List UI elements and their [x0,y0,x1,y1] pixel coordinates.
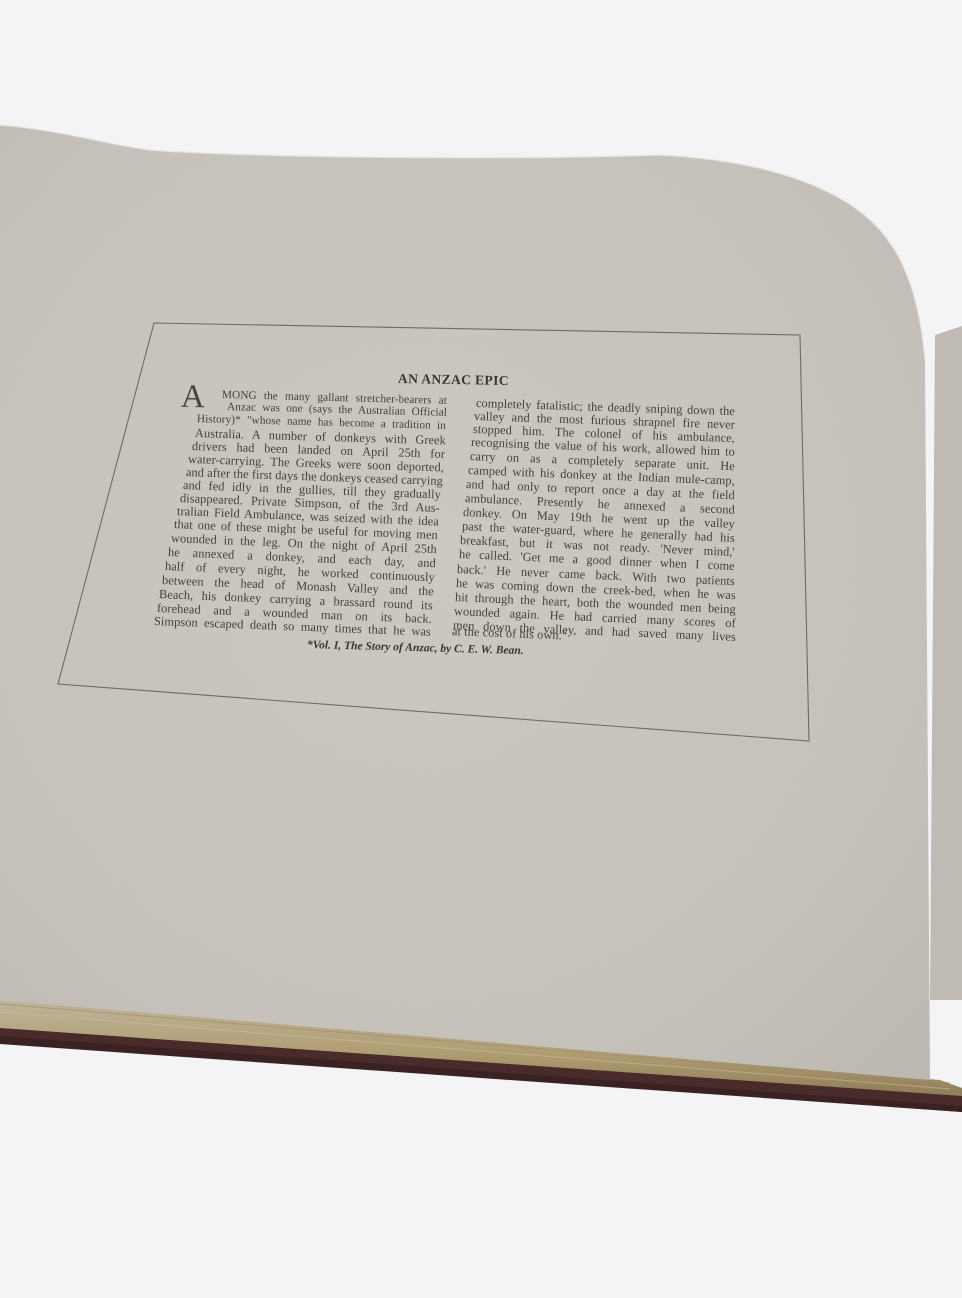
book-illustration [0,0,962,1298]
open-book-photo: AN ANZAC EPIC A MONG the many gallant st… [0,0,962,1298]
right-page-edge [930,326,962,1000]
